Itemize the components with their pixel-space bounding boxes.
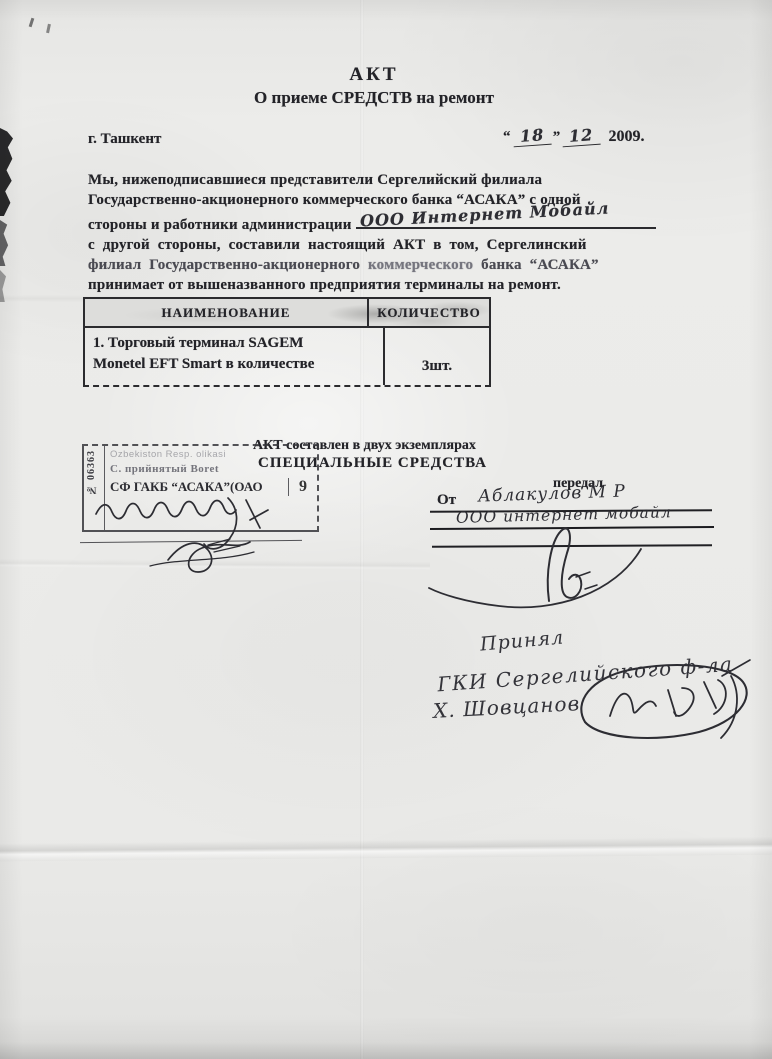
item-name-line-2: Monetel EFT Smart в количестве [93, 354, 375, 375]
received-note-line-3: Х. Шовцанов [432, 691, 580, 723]
date-month-handwritten: 12 [562, 125, 602, 148]
received-note-line-1: Принял [479, 626, 565, 655]
date-line: “ 18 ” 12 2009. [503, 126, 645, 146]
item-name-line-1: 1. Торговый терминал SAGEM [93, 333, 375, 354]
city-label: г. Ташкент [88, 131, 161, 148]
received-note-line-2: ГКИ Сергелийского ф-ла [437, 652, 735, 697]
item-name-cell: 1. Торговый терминал SAGEM Monetel EFT S… [85, 328, 385, 385]
signature-line-3 [432, 544, 712, 547]
stamp-faint-line-2: С. прийнятый Boret [110, 463, 315, 475]
date-year: 2009. [609, 128, 645, 146]
scan-speck [46, 24, 51, 33]
scan-speck [29, 18, 35, 27]
stamp-bank-row: СФ ГАКБ “АСАКА”(ОАО 9 [110, 478, 315, 496]
stamp-digit-cell: 9 [288, 478, 315, 496]
bank-stamp: № 06363 Ozbekiston Resp. olikasi С. прий… [82, 444, 319, 532]
table-header-row: НАИМЕНОВАНИЕ КОЛИЧЕСТВО [85, 299, 489, 328]
body-line-5c: банка “АСАКА” [481, 257, 599, 273]
body-line-3: стороны и работники администрацииООО Инт… [88, 211, 645, 235]
document-subtitle: О приеме СРЕДСТВ на ремонт [0, 88, 748, 108]
body-line-5b: коммерческого [368, 257, 473, 273]
scan-edge-artifact [0, 220, 9, 266]
document-title: АКТ [0, 64, 748, 86]
stamp-faint-line-1: Ozbekiston Resp. olikasi [110, 449, 315, 460]
stamp-content: Ozbekiston Resp. olikasi С. прийнятый Bo… [108, 446, 317, 496]
table-header-qty: КОЛИЧЕСТВО [369, 299, 489, 326]
scanned-document-act: АКТ О приеме СРЕДСТВ на ремонт г. Ташкен… [0, 0, 772, 1059]
signature-line-under-stamp [80, 540, 302, 543]
date-quote-close: ” [553, 129, 561, 146]
date-day-handwritten: 18 [512, 125, 552, 148]
paper-crease-vertical [360, 0, 364, 1059]
paper-crease [0, 558, 430, 570]
body-paragraph: Мы, нижеподписавшиеся представители Серг… [88, 170, 645, 296]
body-line-5: филиал Государственно-акционерного комме… [88, 255, 645, 275]
stamp-number-vertical: № 06363 [86, 450, 97, 496]
item-qty-cell: 3шт. [385, 328, 489, 385]
from-company-handwritten: ООО интернет мобайл [456, 503, 672, 527]
body-line-4: с другой стороны, составили настоящий АК… [88, 235, 645, 255]
body-line-3-text: стороны и работники администрации [88, 217, 352, 233]
scan-edge-shadow [0, 1042, 772, 1059]
from-signature [429, 528, 641, 607]
body-line-6: принимает от вышеназванного предприятия … [88, 275, 645, 295]
scan-edge-artifact [0, 128, 13, 216]
table-header-name: НАИМЕНОВАНИЕ [85, 299, 369, 326]
signature-line-2 [430, 526, 714, 530]
body-line-1: Мы, нижеподписавшиеся представители Серг… [88, 170, 645, 190]
stamp-number-column: № 06363 [84, 446, 105, 530]
body-line-5a: филиал Государственно-акционерного [88, 257, 360, 273]
date-quote-open: “ [503, 129, 511, 146]
from-name-handwritten: Аблакулов М Р [478, 481, 626, 506]
items-table: НАИМЕНОВАНИЕ КОЛИЧЕСТВО 1. Торговый терм… [83, 297, 491, 387]
company-blank-line: ООО Интернет Мобайл [356, 211, 656, 229]
stamp-bank-name: СФ ГАКБ “АСАКА”(ОАО [110, 478, 263, 496]
from-label: От [437, 492, 456, 509]
paper-fold-crease [0, 837, 772, 862]
table-row: 1. Торговый терминал SAGEM Monetel EFT S… [85, 328, 489, 385]
